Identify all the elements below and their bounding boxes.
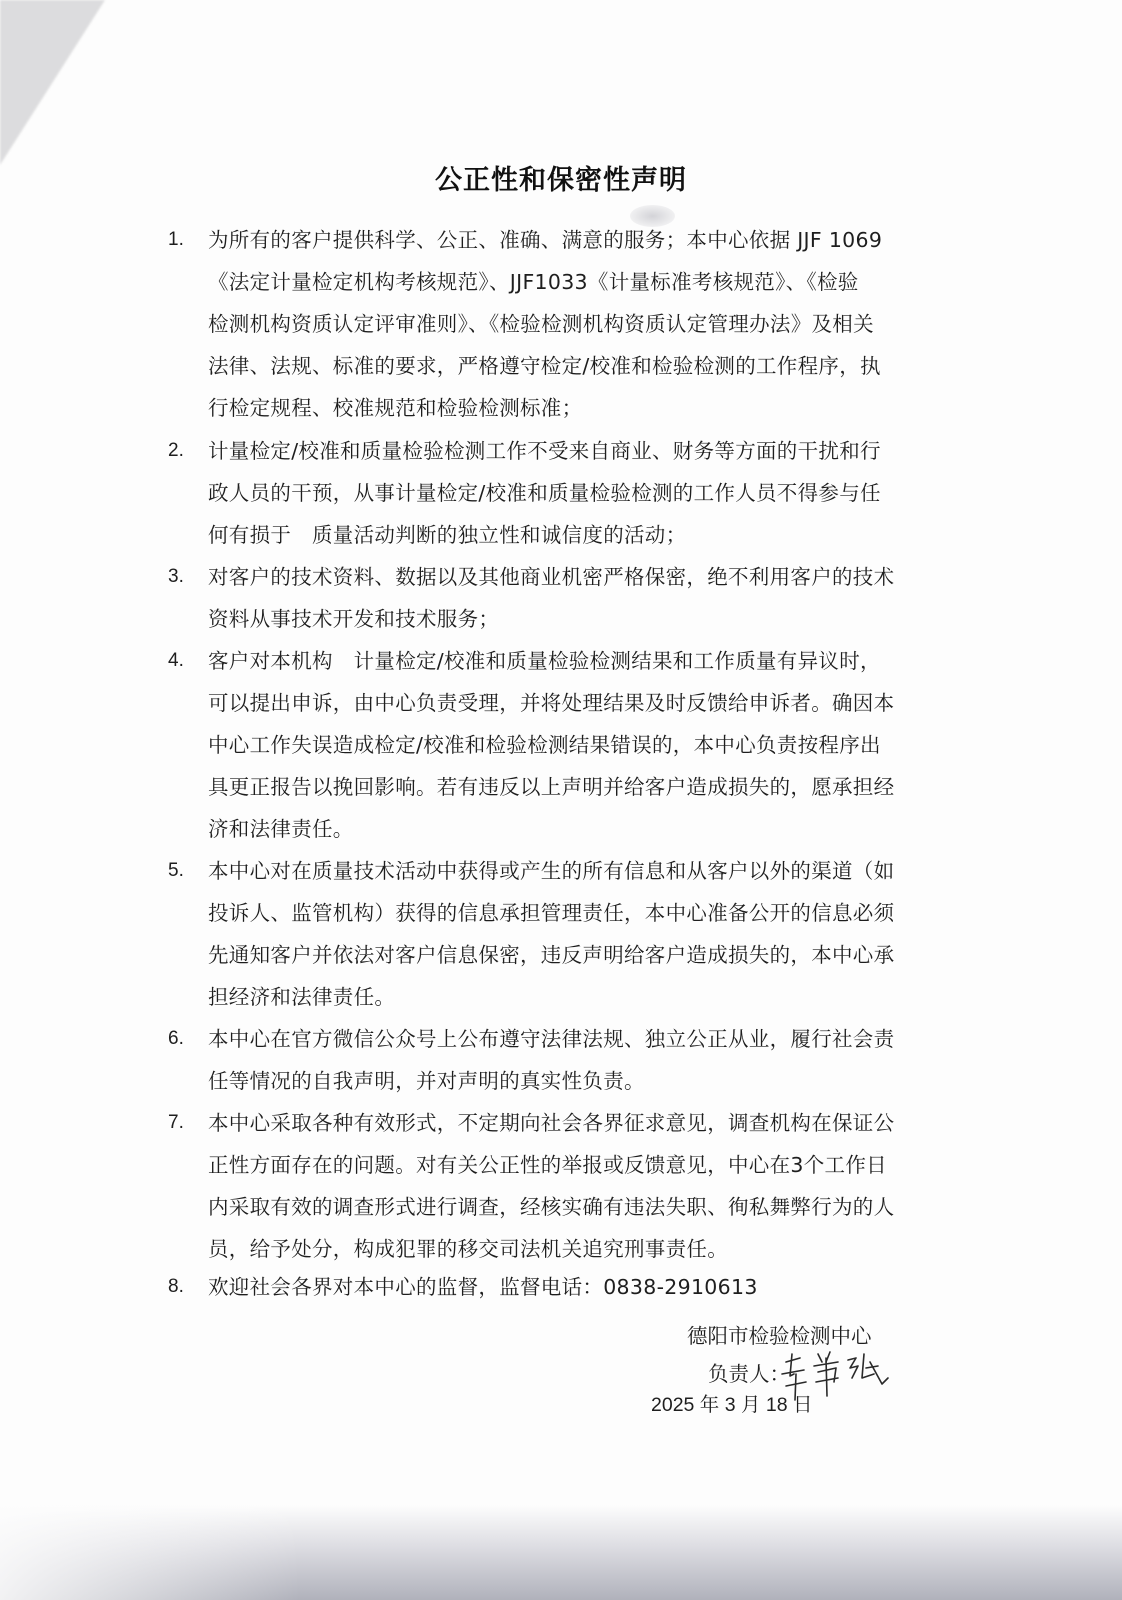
item-text: 为所有的客户提供科学、公正、准确、满意的服务；本中心依据 JJF 1069 《法…	[208, 219, 968, 429]
text-line: 法律、法规、标准的要求，严格遵守检定/校准和检验检测的工作程序，执	[208, 345, 968, 387]
text-line: 《法定计量检定机构考核规范》、JJF1033《计量标准考核规范》、《检验	[208, 261, 968, 303]
text-line: 正性方面存在的问题。对有关公正性的举报或反馈意见，中心在3个工作日	[208, 1144, 968, 1186]
text-line: 欢迎社会各界对本中心的监督，监督电话：0838-2910613	[208, 1266, 968, 1308]
text-line: 员，给予处分，构成犯罪的移交司法机关追究刑事责任。	[208, 1228, 968, 1270]
text-line: 本中心对在质量技术活动中获得或产生的所有信息和从客户以外的渠道（如	[208, 850, 968, 892]
item-number: 3.	[168, 556, 184, 598]
text-line: 资料从事技术开发和技术服务；	[208, 598, 968, 640]
item-number: 4.	[168, 640, 184, 682]
item-text: 本中心采取各种有效形式，不定期向社会各界征求意见，调查机构在保证公 正性方面存在…	[208, 1102, 968, 1270]
item-number: 6.	[168, 1018, 184, 1060]
text-line: 任等情况的自我声明，并对声明的真实性负责。	[208, 1060, 968, 1102]
item-number: 5.	[168, 850, 184, 892]
item-text: 对客户的技术资料、数据以及其他商业机密严格保密，绝不利用客户的技术 资料从事技术…	[208, 556, 968, 640]
text-line: 本中心采取各种有效形式，不定期向社会各界征求意见，调查机构在保证公	[208, 1102, 968, 1144]
text-line: 先通知客户并依法对客户信息保密，违反声明给客户造成损失的，本中心承	[208, 934, 968, 976]
document-date: 2025 年 3 月 18 日	[651, 1389, 813, 1421]
text-line: 本中心在官方微信公众号上公布遵守法律法规、独立公正从业，履行社会责	[208, 1018, 968, 1060]
scan-shadow-fade	[0, 1505, 300, 1600]
item-number: 2.	[168, 430, 184, 472]
text-line: 检测机构资质认定评审准则》、《检验检测机构资质认定管理办法》及相关	[208, 303, 968, 345]
text-line: 中心工作失误造成检定/校准和检验检测结果错误的，本中心负责按程序出	[208, 724, 968, 766]
text-line: 政人员的干预，从事计量检定/校准和质量检验检测的工作人员不得参与任	[208, 472, 968, 514]
item-number: 1.	[168, 219, 184, 261]
text-line: 对客户的技术资料、数据以及其他商业机密严格保密，绝不利用客户的技术	[208, 556, 968, 598]
item-text: 本中心对在质量技术活动中获得或产生的所有信息和从客户以外的渠道（如 投诉人、监管…	[208, 850, 968, 1018]
text-line: 济和法律责任。	[208, 808, 968, 850]
text-line: 客户对本机构 计量检定/校准和质量检验检测结果和工作质量有异议时，	[208, 640, 968, 682]
text-line: 担经济和法律责任。	[208, 976, 968, 1018]
text-line: 行检定规程、校准规范和检验检测标准；	[208, 387, 968, 429]
text-line: 何有损于 质量活动判断的独立性和诚信度的活动；	[208, 514, 968, 556]
document-title: 公正性和保密性声明	[0, 158, 1122, 197]
item-text: 客户对本机构 计量检定/校准和质量检验检测结果和工作质量有异议时， 可以提出申诉…	[208, 640, 968, 850]
item-number: 7.	[168, 1102, 184, 1144]
item-text: 欢迎社会各界对本中心的监督，监督电话：0838-2910613	[208, 1266, 968, 1308]
folded-corner	[0, 0, 105, 165]
text-line: 可以提出申诉，由中心负责受理，并将处理结果及时反馈给申诉者。确因本	[208, 682, 968, 724]
text-line: 为所有的客户提供科学、公正、准确、满意的服务；本中心依据 JJF 1069	[208, 219, 968, 261]
item-number: 8.	[168, 1266, 184, 1308]
text-line: 计量检定/校准和质量检验检测工作不受来自商业、财务等方面的干扰和行	[208, 430, 968, 472]
scanned-page: 公正性和保密性声明 1. 为所有的客户提供科学、公正、准确、满意的服务；本中心依…	[0, 0, 1122, 1600]
text-line: 投诉人、监管机构）获得的信息承担管理责任，本中心准备公开的信息必须	[208, 892, 968, 934]
text-line: 内采取有效的调查形式进行调查，经核实确有违法失职、徇私舞弊行为的人	[208, 1186, 968, 1228]
item-text: 计量检定/校准和质量检验检测工作不受来自商业、财务等方面的干扰和行 政人员的干预…	[208, 430, 968, 556]
item-text: 本中心在官方微信公众号上公布遵守法律法规、独立公正从业，履行社会责 任等情况的自…	[208, 1018, 968, 1102]
text-line: 具更正报告以挽回影响。若有违反以上声明并给客户造成损失的，愿承担经	[208, 766, 968, 808]
